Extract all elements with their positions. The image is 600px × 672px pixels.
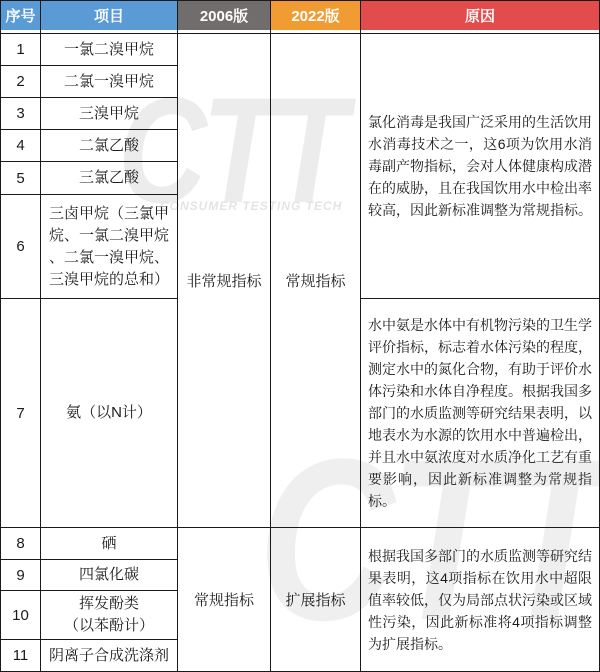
row-number: 5: [1, 162, 41, 195]
classification-2006-rows8-11: 常规指标: [178, 528, 271, 672]
row-number: 7: [1, 299, 41, 528]
row-number: 9: [1, 560, 41, 591]
row-number: 4: [1, 130, 41, 162]
item-cell: 一氯二溴甲烷: [41, 34, 178, 66]
reason-extended-indicators: 根据我国多部门的水质监测等研究结果表明，这4项指标在饮用水中超限值率较低，仅为局…: [361, 528, 600, 672]
reason-text: 氯化消毒是我国广泛采用的生活饮用水消毒技术之一，这6项为饮用水消毒副产物指标，会…: [368, 111, 592, 221]
row-number: 6: [1, 195, 41, 299]
row-number: 11: [1, 640, 41, 672]
header-item: 项目: [41, 1, 178, 34]
row-number: 3: [1, 98, 41, 130]
item-cell: 二氯乙酸: [41, 130, 178, 162]
reason-ammonia: 水中氨是水体中有机物污染的卫生学评价指标，标志着水体污染的程度，测定水中的氮化合…: [361, 299, 600, 528]
reason-disinfection-byproducts: 氯化消毒是我国广泛采用的生活饮用水消毒技术之一，这6项为饮用水消毒副产物指标，会…: [361, 34, 600, 299]
item-cell: 二氯一溴甲烷: [41, 66, 178, 98]
row-number: 8: [1, 528, 41, 560]
reason-text: 根据我国多部门的水质监测等研究结果表明，这4项指标在饮用水中超限值率较低，仅为局…: [368, 545, 592, 655]
item-cell: 氨（以N计）: [41, 299, 178, 528]
classification-2022-rows1-7: 常规指标: [271, 34, 361, 528]
indicator-comparison-table: 序号 项目 2006版 2022版 原因 1 2 3 4 5 6 7 8 9 1…: [0, 0, 600, 672]
header-reason: 原因: [361, 1, 600, 34]
header-2022: 2022版: [271, 1, 361, 34]
item-cell: 三溴甲烷: [41, 98, 178, 130]
row-number: 1: [1, 34, 41, 66]
header-2006: 2006版: [178, 1, 271, 34]
item-cell: 四氯化碳: [41, 560, 178, 591]
item-cell: 硒: [41, 528, 178, 560]
comparison-table-sheet: CTT CONSUMER TESTING TECH CTT 序号 项目 2006…: [0, 0, 600, 672]
row-number: 2: [1, 66, 41, 98]
classification-2006-rows1-7: 非常规指标: [178, 34, 271, 528]
reason-text: 水中氨是水体中有机物污染的卫生学评价指标，标志着水体污染的程度，测定水中的氮化合…: [368, 314, 592, 512]
header-seq: 序号: [1, 1, 41, 34]
item-cell: 挥发酚类 （以苯酚计）: [41, 591, 178, 640]
item-cell: 阴离子合成洗涤剂: [41, 640, 178, 672]
classification-2022-rows8-11: 扩展指标: [271, 528, 361, 672]
item-cell: 三氯乙酸: [41, 162, 178, 195]
row-number: 10: [1, 591, 41, 640]
item-cell: 三卤甲烷（三氯甲 烷、一氯二溴甲烷 、二氯一溴甲烷、 三溴甲烷的总和）: [41, 195, 178, 299]
